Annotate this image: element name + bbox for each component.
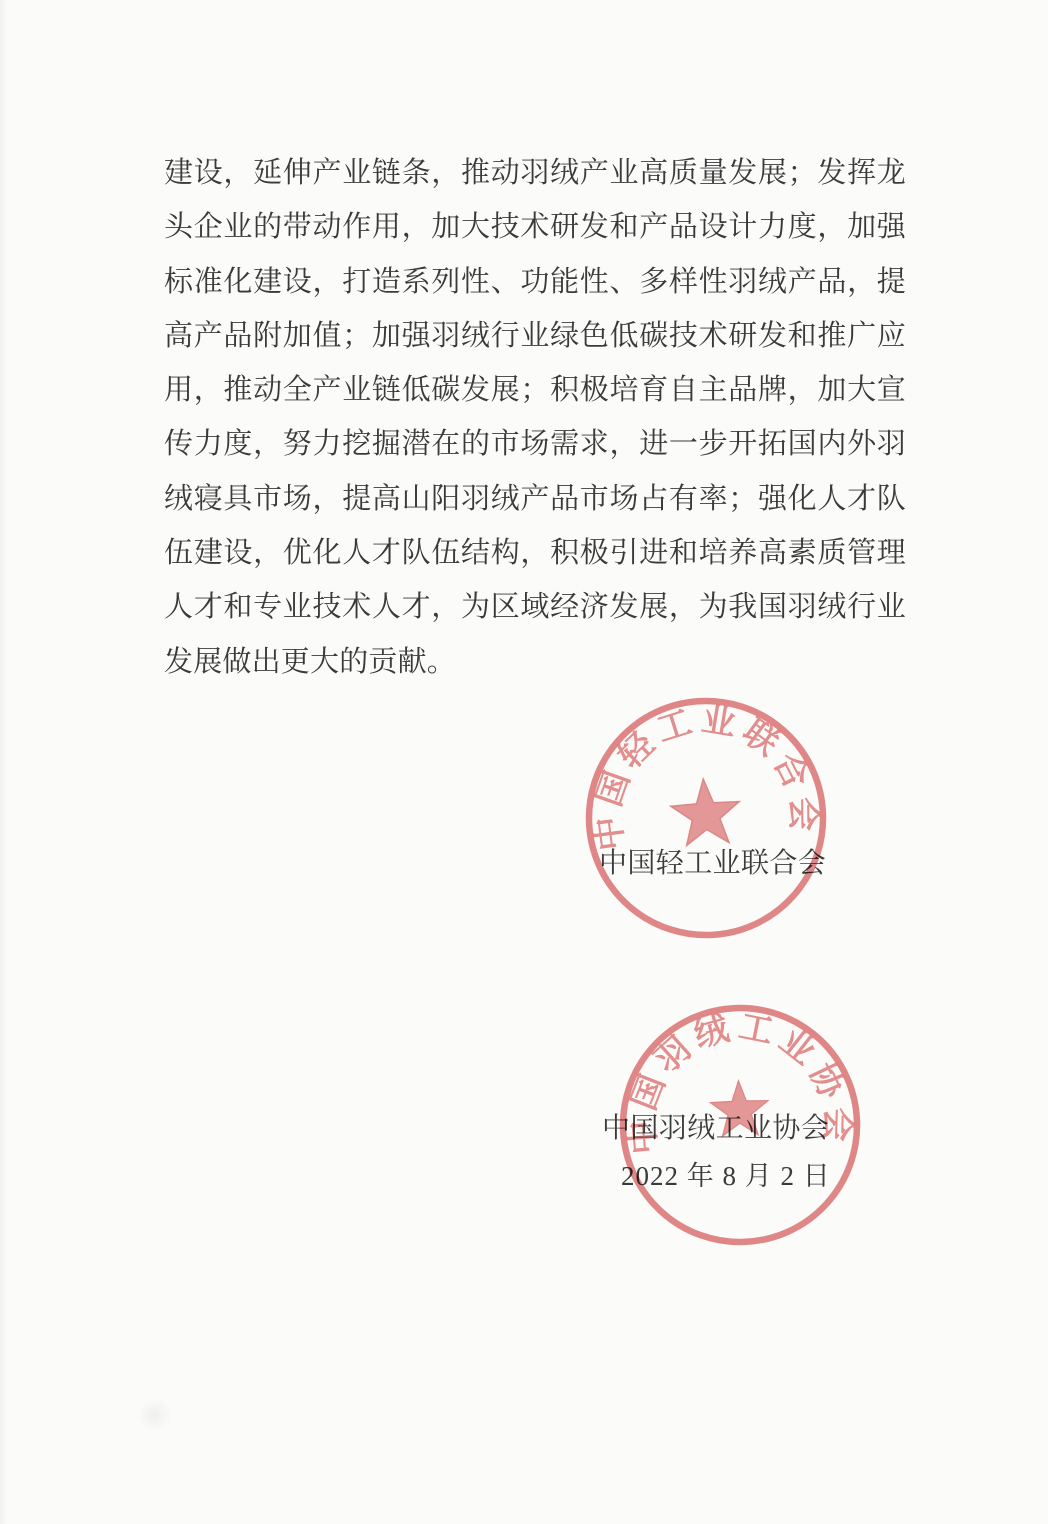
body-line: 绒寝具市场，提高山阳羽绒产品市场占有率；强化人才队	[164, 472, 906, 526]
body-text: 建设，延伸产业链条，推动羽绒产业高质量发展；发挥龙 头企业的带动作用，加大技术研…	[164, 146, 906, 689]
body-line: 人才和专业技术人才，为区域经济发展，为我国羽绒行业	[164, 580, 906, 634]
star-icon	[669, 777, 742, 847]
body-line: 用，推动全产业链低碳发展；积极培育自主品牌，加大宣	[164, 363, 906, 417]
body-line: 伍建设，优化人才队伍结构，积极引进和培养高素质管理	[164, 526, 906, 580]
body-line: 高产品附加值；加强羽绒行业绿色低碳技术研发和推广应	[164, 309, 906, 363]
seal-china-light-industry-council: 中国轻工业联合会	[567, 679, 845, 957]
seal-china-down-industry-association: 中国羽绒工业协会	[606, 991, 875, 1260]
scan-edge-shadow	[0, 0, 7, 1524]
star-icon	[710, 1080, 769, 1137]
body-line: 头企业的带动作用，加大技术研发和产品设计力度，加强	[164, 200, 906, 254]
body-line: 建设，延伸产业链条，推动羽绒产业高质量发展；发挥龙	[164, 146, 906, 200]
scan-artifact	[138, 1398, 172, 1432]
body-line: 传力度，努力挖掘潜在的市场需求，进一步开拓国内外羽	[164, 417, 906, 471]
body-line: 标准化建设，打造系列性、功能性、多样性羽绒产品，提	[164, 255, 906, 309]
